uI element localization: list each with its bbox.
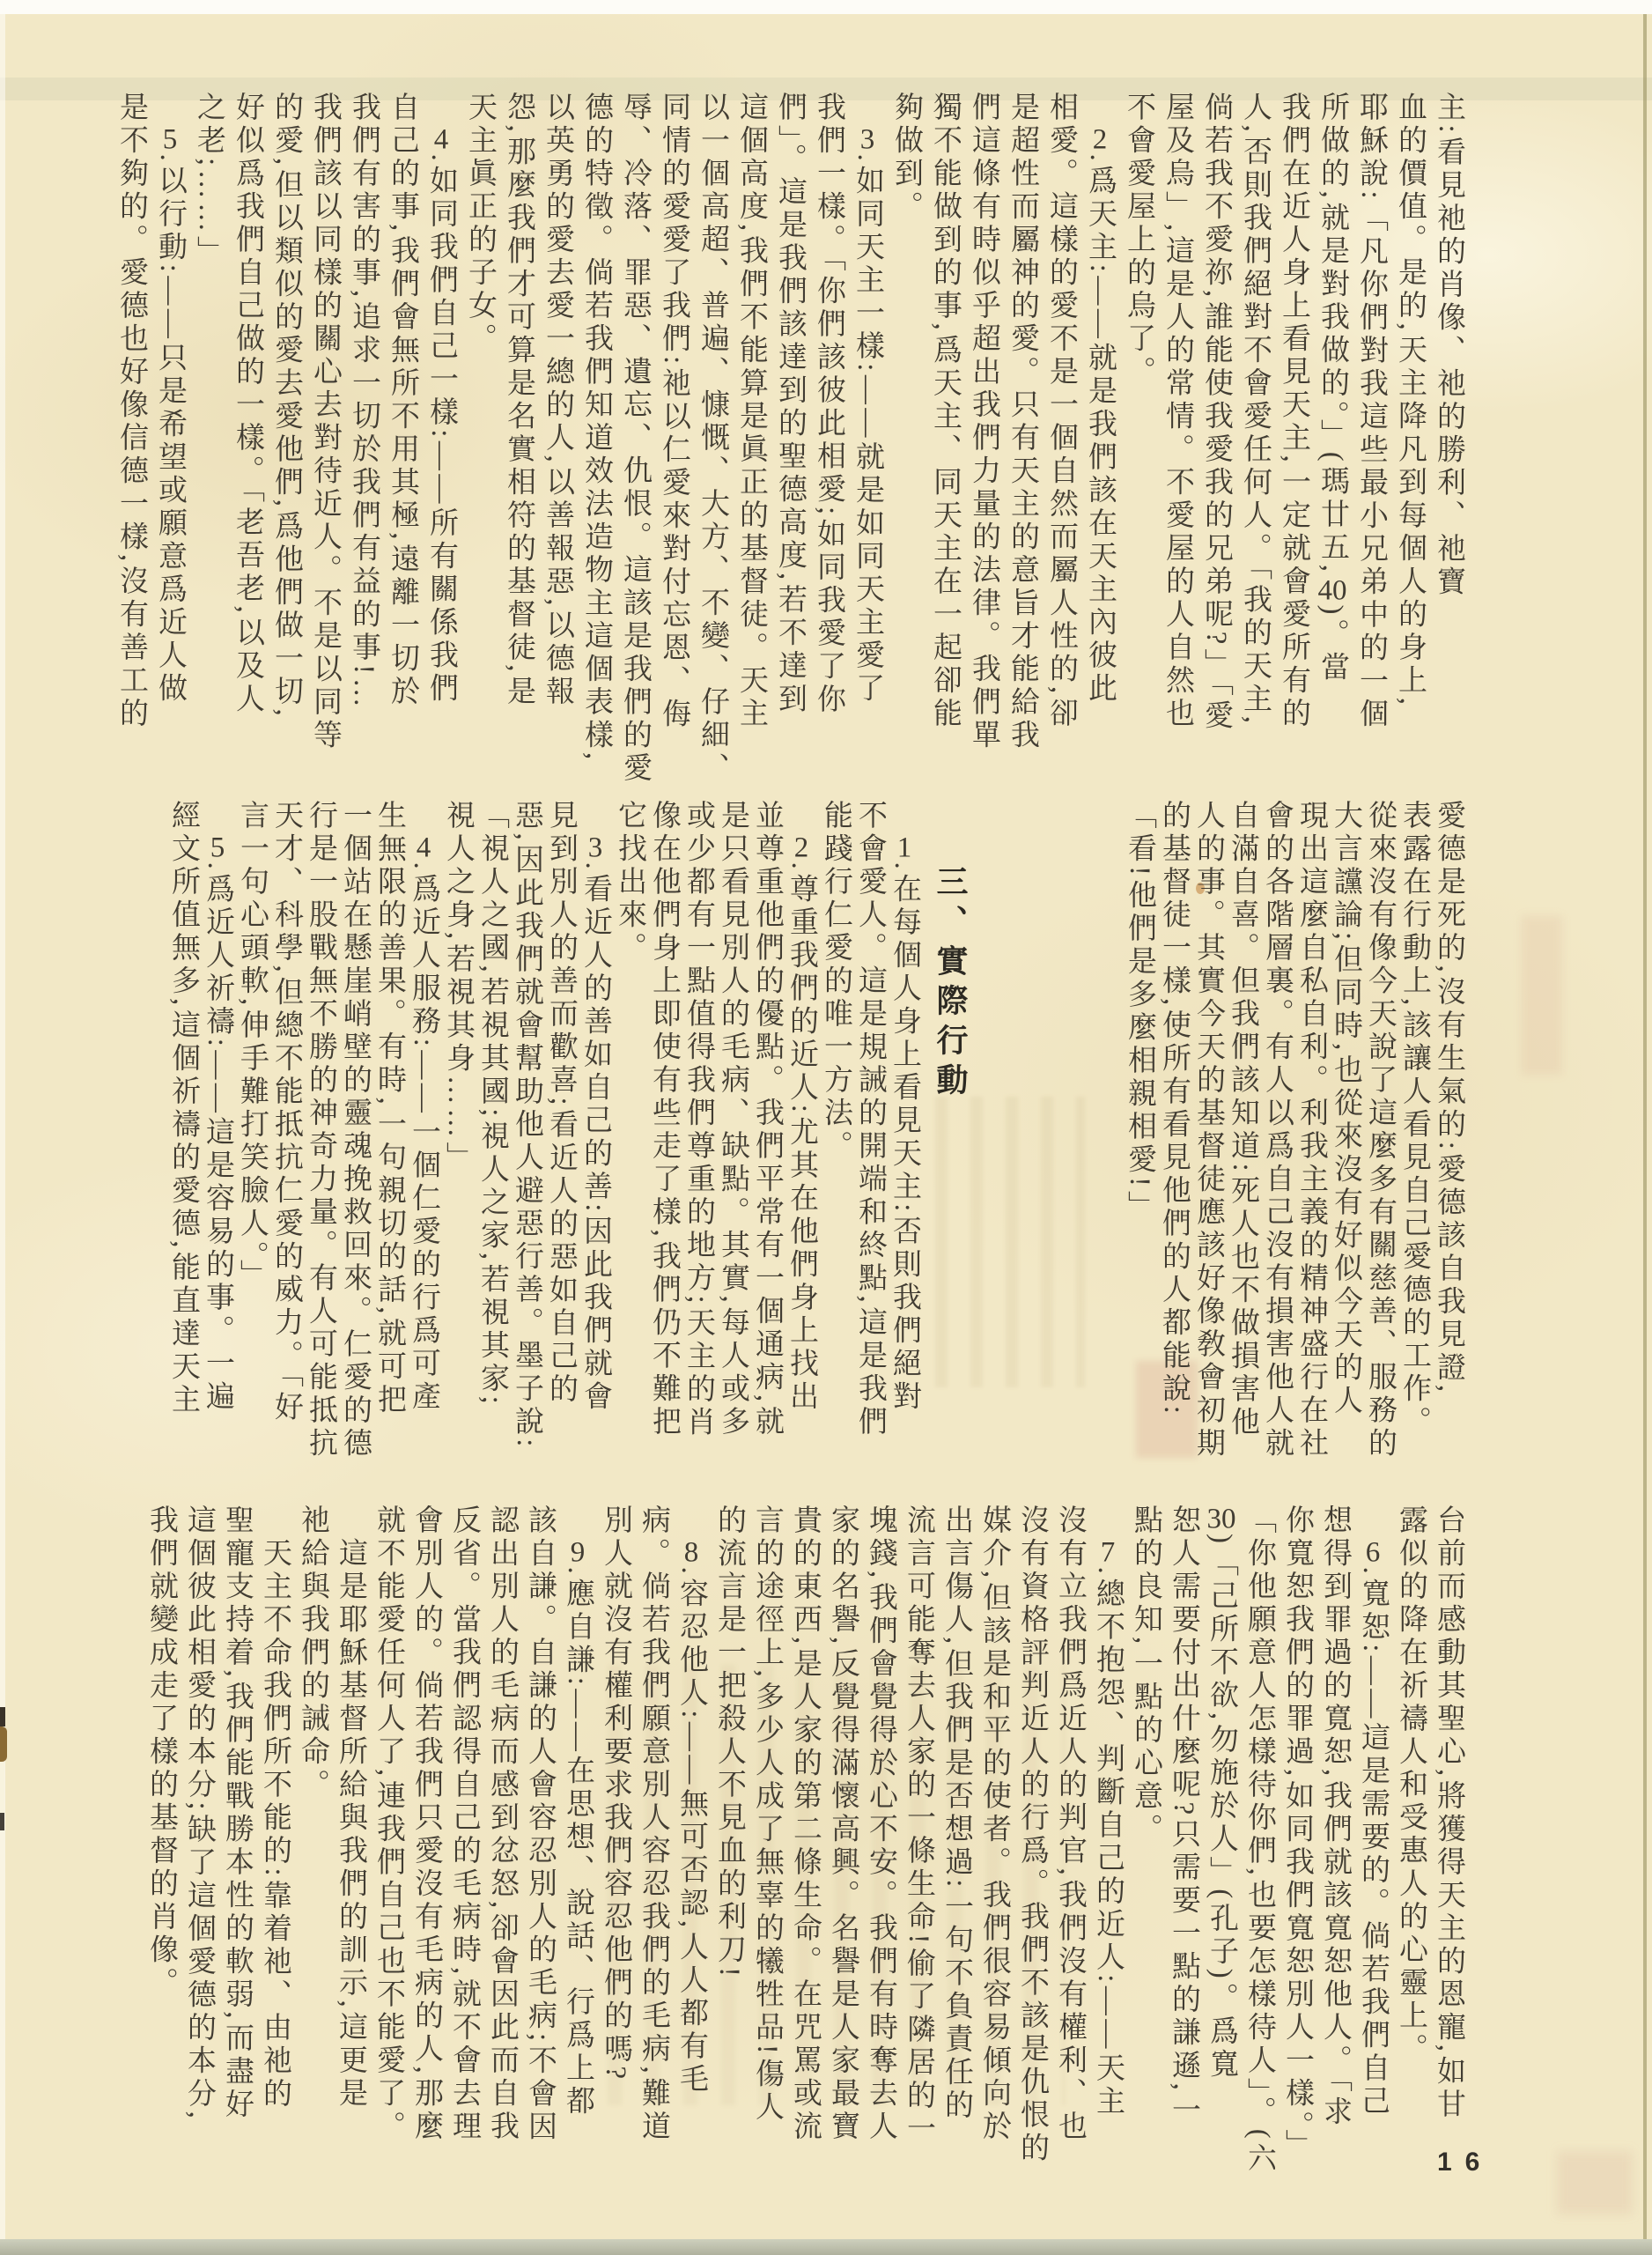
scan-edge-left xyxy=(0,14,5,2239)
text-column: 惡,因此我們就會幫助他人避惡行善。墨子說: xyxy=(512,800,542,1471)
text-column: 恕人需要付出什麼呢?只需要一點的謙遜,一 xyxy=(1169,1505,1198,2176)
text-column: 流言可能奪去人家的一條生命!偷了隣居的一 xyxy=(903,1505,933,2176)
binding-mark xyxy=(0,1813,4,1830)
text-column: 人,否則我們絕對不會愛任何人。「我的天主, xyxy=(1240,92,1270,763)
text-column: 行是一股戰無不勝的神奇力量。有人可能抵抗 xyxy=(306,800,336,1471)
text-column: 倘若我不愛祢,誰能使我愛我的兄弟呢?」「愛 xyxy=(1201,92,1231,763)
text-column: 像在他們身上即使有些走了樣,我們仍不難把 xyxy=(649,800,679,1471)
text-column: 我們就變成走了樣的基督的肖像。 xyxy=(146,1505,176,2176)
text-column: 自滿自喜。但我們該知道:死人也不做損害他 xyxy=(1228,800,1257,1471)
text-column: 見到別人的善而歡喜;看近人的惡如自己的 xyxy=(546,800,576,1471)
text-band-top: 主:看見祂的肖像、祂的勝利、祂寶血的價值。是的,天主降凡到每個人的身上,耶穌說:… xyxy=(107,92,1464,763)
binding-mark xyxy=(0,1726,7,1762)
text-column: 能踐行仁愛的唯一方法。 xyxy=(821,800,851,1471)
text-column: 或少都有一點值得我們尊重的地方;天主的肖 xyxy=(683,800,713,1471)
ink-bleed-through xyxy=(1522,916,1562,1075)
text-column: 經文所值無多,這個祈禱的愛德,能直達天主 xyxy=(168,800,198,1471)
text-column: 7.總不抱怨、判斷自己的近人:——天主 xyxy=(1093,1505,1123,2176)
page-number: 16 xyxy=(1437,2148,1493,2177)
text-column: 「視人之國,若視其國;視人之家,若視其家; xyxy=(477,800,507,1471)
text-column: 「看!他們是多麼相親相愛!」 xyxy=(1125,800,1154,1471)
text-column: 家的名譽,反覺得滿懷高興。名譽是人家最寶 xyxy=(828,1505,858,2176)
scanned-magazine-page: { "page": { "number": "16", "language": … xyxy=(0,0,1652,2255)
text-column: 相愛。這樣的愛不是一個自然而屬人性的,卻 xyxy=(1046,92,1076,763)
text-column: 夠做到。 xyxy=(891,92,921,763)
text-column: 就不能愛任何人了,連我們自己也不能愛了。 xyxy=(373,1505,403,2176)
text-column: 愛德是死的,沒有生氣的:愛德該自我見證, xyxy=(1434,800,1464,1471)
binding-mark xyxy=(0,1762,4,1813)
text-column: 3.看近人的善如自己的善:因此我們就會 xyxy=(580,800,610,1471)
text-column: 獨不能做到的事,爲天主、同天主在一起卻能 xyxy=(930,92,960,763)
text-column: 天主眞正的子女。 xyxy=(465,92,495,763)
text-column: 是只看見別人的毛病、缺點。其實,每人或多 xyxy=(718,800,748,1471)
text-column: 4.如同我們自己一樣:——所有關係我們 xyxy=(426,92,456,763)
text-column: 視人之身,若視其身……」 xyxy=(443,800,473,1471)
text-column: 辱、冷落、罪惡、遺忘、仇恨。這該是我們的愛 xyxy=(620,92,650,763)
text-column: 別人就沒有權利要求我們容忍他們的嗎? xyxy=(601,1505,631,2176)
text-column: 露似的降在祈禱人和受惠人的心靈上。 xyxy=(1396,1505,1426,2176)
text-column: 塊錢,我們會覺得於心不安。我們有時奪去人 xyxy=(866,1505,896,2176)
text-column: 同情的愛愛了我們:祂以仁愛來對付忘恩、侮 xyxy=(659,92,689,763)
text-column: 6.寬恕:——這是需要的。倘若我們自己 xyxy=(1358,1505,1388,2176)
text-column: 它找出來。 xyxy=(615,800,645,1471)
text-column: 5.以行動:——只是希望或願意爲近人做 xyxy=(155,92,185,763)
text-column: 貴的東西,是人家的第二條生命。在咒罵或流 xyxy=(790,1505,820,2176)
text-column: 天主不命我們所不能的:靠着祂、由祂的 xyxy=(260,1505,290,2176)
text-column: 出言傷人,但我們是否想過:一句不負責任的 xyxy=(941,1505,971,2176)
text-column: 之老;……」 xyxy=(194,92,224,763)
text-column: 言的途徑上,多少人成了無辜的犧牲品!傷人 xyxy=(752,1505,782,2176)
text-column: 這是耶穌基督所給與我們的訓示,這更是 xyxy=(336,1505,365,2176)
text-column: 該自謙。自謙的人會容忍別人的毛病;不會因 xyxy=(525,1505,555,2176)
text-band-bottom: 台前而感動其聖心,將獲得天主的恩寵,如甘露似的降在祈禱人和受惠人的心靈上。 6.… xyxy=(138,1505,1464,2176)
text-column: 想得到罪過的寬恕,我們就該寬恕他人。「求 xyxy=(1320,1505,1350,2176)
text-column: 「你他願意人怎樣待你們,也要怎樣待人」。(六 xyxy=(1244,1505,1274,2176)
text-column: 不會愛人。這是規誡的開端和終點,這是我們 xyxy=(855,800,885,1471)
text-column: 台前而感動其聖心,將獲得天主的恩寵,如甘 xyxy=(1434,1505,1464,2176)
text-column: 好似爲我們自己做的一樣。「老吾老,以及人 xyxy=(232,92,262,763)
text-column: 9.應自謙:——在思想、說話、行爲上都 xyxy=(563,1505,593,2176)
text-column: 是超性而屬神的愛。只有天主的意旨才能給我 xyxy=(1007,92,1037,763)
text-column: 怨,那麼我們才可算是名實相符的基督徒,是 xyxy=(504,92,534,763)
text-column: 這個彼此相愛的本分;缺了這個愛德的本分, xyxy=(184,1505,214,2176)
text-column: 沒有立我們爲近人的判官,我們沒有權利、也 xyxy=(1055,1505,1085,2176)
ink-bleed-through xyxy=(1557,2151,1633,2214)
text-column: 一個站在懸崖峭壁的靈魂挽救回來。仁愛的德 xyxy=(340,800,370,1471)
text-column: 的流言是一把殺人不見血的利刀! xyxy=(714,1505,744,2176)
text-column: 聖寵支持着,我們能戰勝本性的軟弱,而盡好 xyxy=(222,1505,252,2176)
page-edge-line xyxy=(1643,14,1647,2239)
text-band-middle: 愛德是死的,沒有生氣的:愛德該自我見證,表露在行動上,該讓人看見自己愛德的工作。… xyxy=(164,800,1464,1471)
text-column: 的基督徒一樣,使所有看見他們的人都能說: xyxy=(1159,800,1189,1471)
text-column: 生無限的善果。有時,一句親切的話,就可把 xyxy=(374,800,404,1471)
text-column: 言一句心頭軟,伸手難打笑臉人。」 xyxy=(237,800,267,1471)
text-column: 祂給與我們的誡命。 xyxy=(298,1505,328,2176)
text-column: 並尊重他們的優點。我們平常有一個通病,就 xyxy=(752,800,782,1471)
text-column: 不會愛屋上的烏了。 xyxy=(1124,92,1154,763)
text-column: 3.如同天主一樣:——就是如同天主愛了 xyxy=(852,92,882,763)
text-column: 我們一樣。「你們該彼此相愛;如同我愛了你 xyxy=(814,92,844,763)
text-column: 反省。當我們認得自己的毛病時,就不會去理 xyxy=(449,1505,479,2176)
text-column: 認出別人的毛病而感到忿怒,卻會因此而自我 xyxy=(487,1505,517,2176)
text-column: 會別人的。倘若我們只愛沒有毛病的人,那麼 xyxy=(411,1505,441,2176)
text-column: 所做的,就是對我做的。」(瑪廿五,40)。當 xyxy=(1317,92,1347,763)
text-column: 2.爲天主:——就是我們該在天主內彼此 xyxy=(1085,92,1115,763)
text-column: 你寬恕我們的罪過,如同我們寬恕別人一樣。」 xyxy=(1282,1505,1312,2176)
text-column: 30)「己所不欲,勿施於人」(孔子)。爲寬 xyxy=(1206,1505,1236,2176)
text-column: 以英勇的愛去愛一總的人,以善報惡,以德報 xyxy=(542,92,572,763)
text-column: 8.容忍他人:——無可否認,人人都有毛 xyxy=(676,1505,706,2176)
text-column: 的愛,但以類似的愛去愛他們,爲他們做一切, xyxy=(271,92,301,763)
text-column: 媒介,但該是和平的使者。我們很容易傾向於 xyxy=(979,1505,1009,2176)
text-column: 耶穌說:「凡你們對我這些最小兄弟中的一個 xyxy=(1356,92,1386,763)
text-column: 從來沒有像今天說了這麼多有關慈善、服務的 xyxy=(1365,800,1395,1471)
scan-edge-bottom xyxy=(0,2239,1652,2255)
binding-mark xyxy=(0,1707,5,1726)
text-column: 是不夠的。愛德也好像信德一樣,沒有善工的 xyxy=(116,92,146,763)
text-column: 自己的事,我們會無所不用其極,遠離一切於 xyxy=(387,92,417,763)
text-column: 們」。這是我們該達到的聖德高度,若不達到 xyxy=(775,92,805,763)
text-column: 們這條有時似乎超出我們力量的法律。我們單 xyxy=(969,92,999,763)
text-column: 現出這麼自私自利。利我主義的精神盛行在社 xyxy=(1296,800,1326,1471)
text-column: 沒有資格評判近人的行爲。我們不該是仇恨的 xyxy=(1017,1505,1047,2176)
text-column: 德的特徵。倘若我們知道效法造物主這個表樣, xyxy=(581,92,611,763)
text-column: 人的事。其實今天的基督徒應該好像敎會初期 xyxy=(1193,800,1223,1471)
text-column: 我們該以同樣的關心去對待近人。不是以同等 xyxy=(310,92,340,763)
section-heading: 三、實際行動 xyxy=(932,800,969,1536)
text-column: 以一個高超、普遍、慷慨、大方、不變、仔細、 xyxy=(697,92,727,763)
text-column: 我們在近人身上看見天主,一定就會愛所有的 xyxy=(1279,92,1309,763)
text-column: 病。倘若我們願意別人容忍我們的毛病,難道 xyxy=(638,1505,668,2176)
text-column: 4.爲近人服務:——一個仁愛的行爲可產 xyxy=(409,800,439,1471)
text-column: 屋及烏」,這是人的常情。不愛屋的人自然也 xyxy=(1162,92,1192,763)
text-column: 表露在行動上,該讓人看見自己愛德的工作。 xyxy=(1399,800,1429,1471)
text-column: 這個高度,我們不能算是眞正的基督徒。天主 xyxy=(736,92,766,763)
text-column: 點的良知,一點的心意。 xyxy=(1131,1505,1161,2176)
scan-edge-top xyxy=(0,0,1652,14)
text-column: 大言讜論;但同時,也從來沒有好似今天的人 xyxy=(1331,800,1361,1471)
text-column: 5.爲近人祈禱:——這是容易的事。一遍 xyxy=(203,800,232,1471)
text-column: 我們有害的事,追求一切於我們有益的事!… xyxy=(349,92,379,763)
text-column: 主:看見祂的肖像、祂的勝利、祂寶 xyxy=(1434,92,1464,763)
text-column: 天才、科學,但總不能抵抗仁愛的威力。「好 xyxy=(271,800,301,1471)
text-column: 2.尊重我們的近人:尤其在他們身上找出 xyxy=(786,800,816,1471)
text-column: 1.在每個人身上看見天主:否則我們絕對 xyxy=(889,800,919,1471)
text-column: 血的價值。是的,天主降凡到每個人的身上, xyxy=(1395,92,1425,763)
text-column: 會的各階層裏。有人以爲自己沒有損害他人就 xyxy=(1262,800,1292,1471)
